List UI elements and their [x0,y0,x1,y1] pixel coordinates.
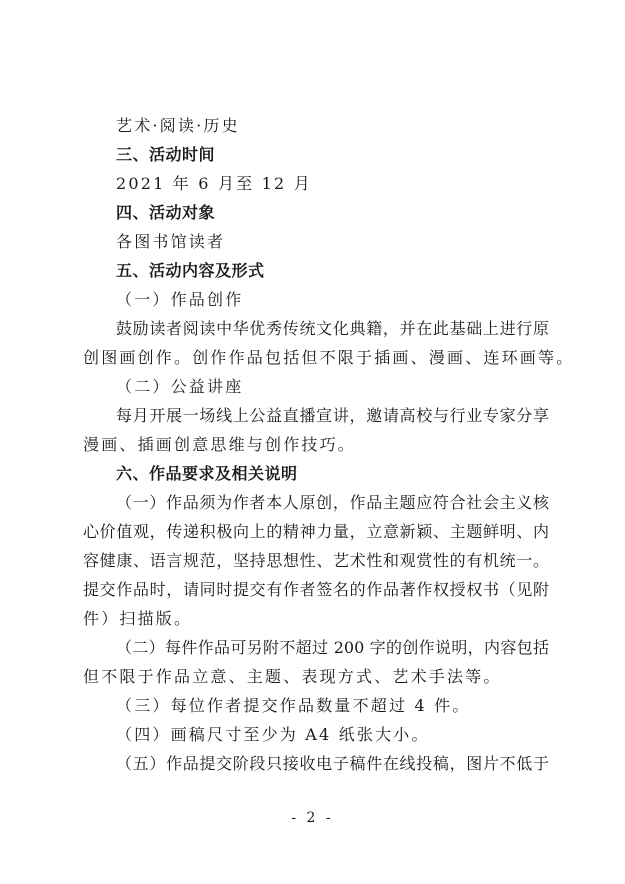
line-activity-target: 各图书馆读者 [83,227,549,256]
heading-requirements: 六、作品要求及相关说明 [83,459,549,488]
paragraph-line: 提交作品时，请同时提交有作者签名的作品著作权授权书（见附 [83,575,549,604]
paragraph-line: （三）每位作者提交作品数量不超过 4 件。 [83,691,549,720]
paragraph-line: （四）画稿尺寸至少为 A4 纸张大小。 [83,720,549,749]
document-page: 艺术·阅读·历史 三、活动时间 2021 年 6 月至 12 月 四、活动对象 … [83,111,549,778]
paragraph-line: 创图画创作。创作作品包括但不限于插画、漫画、连环画等。 [83,343,549,372]
paragraph-line: 每月开展一场线上公益直播宣讲，邀请高校与行业专家分享 [83,401,549,430]
paragraph-line: 心价值观，传递积极向上的精神力量，立意新颖、主题鲜明、内 [83,517,549,546]
line-subtitle: 艺术·阅读·历史 [83,111,549,140]
heading-activity-time: 三、活动时间 [83,140,549,169]
heading-activity-content: 五、活动内容及形式 [83,256,549,285]
paragraph-line: 件）扫描版。 [83,604,549,633]
subheading-creation: （一）作品创作 [83,285,549,314]
paragraph-line: （一）作品须为作者本人原创，作品主题应符合社会主义核 [83,488,549,517]
paragraph-line: （二）每件作品可另附不超过 200 字的创作说明，内容包括 [83,633,549,662]
paragraph-line: 容健康、语言规范，坚持思想性、艺术性和观赏性的有机统一。 [83,546,549,575]
page-number: - 2 - [0,810,625,826]
paragraph-line: （五）作品提交阶段只接收电子稿件在线投稿，图片不低于 [83,749,549,778]
heading-activity-target: 四、活动对象 [83,198,549,227]
paragraph-line: 漫画、插画创意思维与创作技巧。 [83,430,549,459]
subheading-lecture: （二）公益讲座 [83,372,549,401]
paragraph-line: 但不限于作品立意、主题、表现方式、艺术手法等。 [83,662,549,691]
line-activity-time: 2021 年 6 月至 12 月 [83,169,549,198]
paragraph-line: 鼓励读者阅读中华优秀传统文化典籍，并在此基础上进行原 [83,314,549,343]
